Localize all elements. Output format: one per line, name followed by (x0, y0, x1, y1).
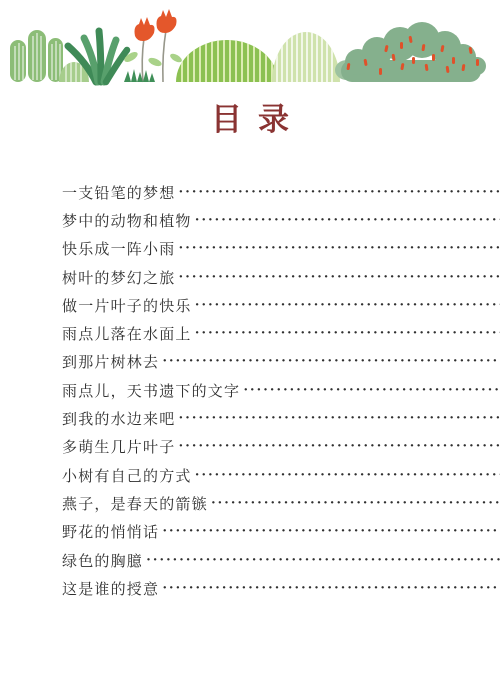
toc-entry-title: 一支铅笔的梦想 (62, 182, 175, 203)
table-of-contents: 一支铅笔的梦想 1 梦中的动物和植物 4 快乐成一阵小雨 7 树叶的梦幻之旅 8… (62, 178, 444, 602)
orange-flowers (123, 9, 183, 82)
toc-entry: 小树有自己的方式 22 (62, 461, 500, 489)
toc-entry-title: 雨点儿，天书遗下的文字 (62, 380, 240, 401)
toc-entry: 梦中的动物和植物 4 (62, 206, 500, 234)
toc-entry: 多萌生几片叶子 20 (62, 433, 500, 461)
toc-entry-title: 多萌生几片叶子 (62, 436, 175, 457)
toc-entry: 到那片树林去 14 (62, 348, 500, 376)
toc-dot-leader (211, 496, 500, 511)
toc-entry-title: 做一片叶子的快乐 (62, 295, 192, 316)
toc-entry-title: 快乐成一阵小雨 (62, 238, 175, 259)
toc-entry-title: 绿色的胸臆 (62, 550, 143, 571)
striped-bush-left (10, 30, 63, 82)
toc-dot-leader (195, 326, 500, 341)
toc-entry: 树叶的梦幻之旅 8 (62, 263, 500, 291)
toc-dot-leader (195, 298, 500, 313)
toc-entry: 到我的水边来吧 18 (62, 404, 500, 432)
toc-dot-leader (162, 581, 500, 596)
toc-entry: 雨点儿落在水面上 12 (62, 319, 500, 347)
toc-entry-title: 燕子，是春天的箭镞 (62, 493, 208, 514)
toc-dot-leader (178, 241, 500, 256)
toc-entry-title: 小树有自己的方式 (62, 465, 192, 486)
toc-entry-title: 梦中的动物和植物 (62, 210, 192, 231)
toc-entry: 做一片叶子的快乐 10 (62, 291, 500, 319)
toc-dot-leader (178, 411, 500, 426)
toc-entry-title: 野花的悄悄话 (62, 521, 159, 542)
toc-dot-leader (178, 185, 500, 200)
toc-dot-leader (146, 553, 500, 568)
plants-illustration (0, 0, 500, 95)
toc-entry-title: 树叶的梦幻之旅 (62, 267, 175, 288)
toc-dot-leader (162, 524, 500, 539)
toc-entry: 快乐成一阵小雨 7 (62, 235, 500, 263)
toc-entry-title: 这是谁的授意 (62, 578, 159, 599)
toc-entry-title: 到那片树林去 (62, 351, 159, 372)
toc-entry: 燕子，是春天的箭镞 24 (62, 489, 500, 517)
toc-entry: 野花的悄悄话 26 (62, 518, 500, 546)
page-title: 目录 (0, 94, 500, 139)
toc-entry: 绿色的胸臆 28 (62, 546, 500, 574)
toc-dot-leader (243, 383, 500, 398)
striped-mound-large (176, 38, 278, 82)
toc-entry: 一支铅笔的梦想 1 (62, 178, 500, 206)
book-toc-page: 目录 一支铅笔的梦想 1 梦中的动物和植物 4 快乐成一阵小雨 7 树叶的梦幻之… (0, 0, 500, 674)
toc-dot-leader (178, 270, 500, 285)
toc-dot-leader (195, 468, 500, 483)
flower-head (157, 9, 177, 33)
toc-dot-leader (195, 213, 500, 228)
flower-head (135, 17, 155, 41)
toc-left-column: 一支铅笔的梦想 1 梦中的动物和植物 4 快乐成一阵小雨 7 树叶的梦幻之旅 8… (62, 178, 500, 602)
striped-mound-pale (272, 30, 340, 82)
toc-entry: 雨点儿，天书遗下的文字 16 (62, 376, 500, 404)
toc-entry: 这是谁的授意 30 (62, 574, 500, 602)
toc-entry-title: 雨点儿落在水面上 (62, 323, 192, 344)
grass-tuft (124, 69, 155, 82)
berry-bush (335, 22, 486, 82)
toc-dot-leader (162, 354, 500, 369)
toc-entry-title: 到我的水边来吧 (62, 408, 175, 429)
toc-dot-leader (178, 439, 500, 454)
